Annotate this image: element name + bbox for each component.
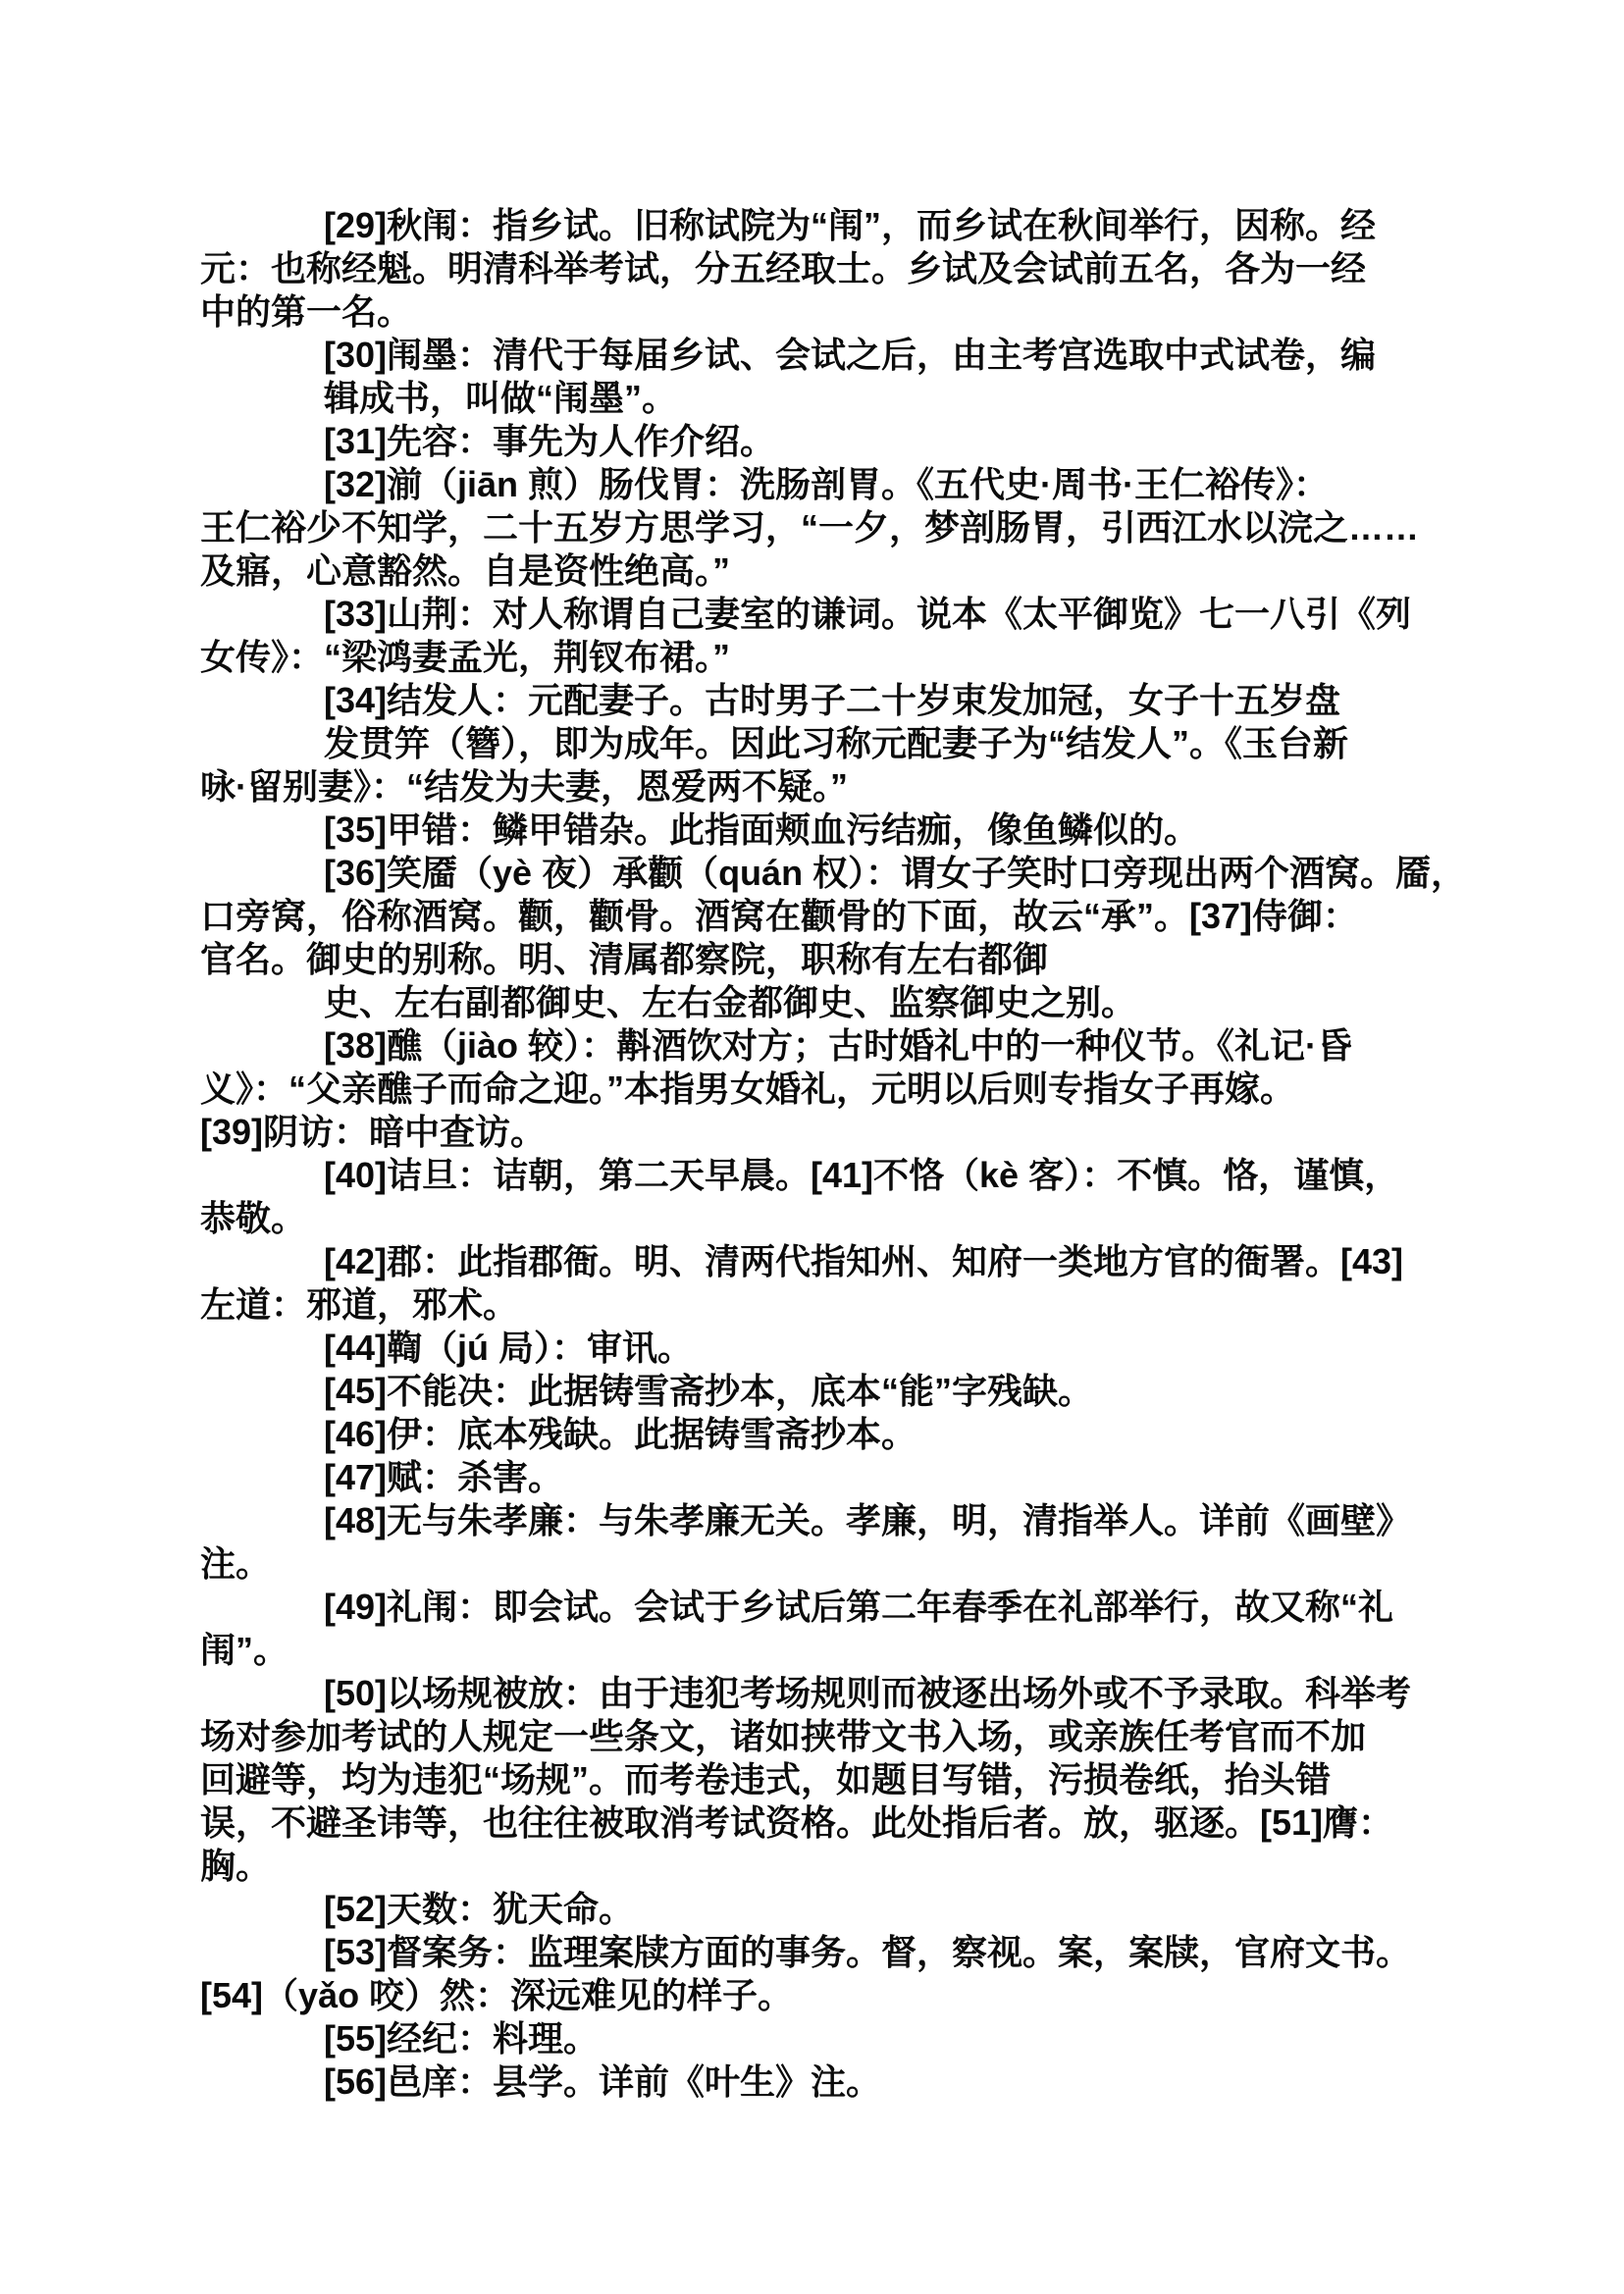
text-line: 胸。: [200, 1845, 1466, 1888]
text-line: 回避等，均为违犯“场规”。而考卷违式，如题目写错，污损卷纸，抬头错: [200, 1758, 1466, 1801]
text-line: [49]礼闱：即会试。会试于乡试后第二年春季在礼部举行，故又称“礼: [200, 1586, 1466, 1629]
text-line: [46]伊：底本残缺。此据铸雪斋抄本。: [200, 1413, 1466, 1456]
text-line: [54]（yǎo 咬）然：深远难见的样子。: [200, 1974, 1466, 2017]
text-line: [42]郡：此指郡衙。明、清两代指知州、知府一类地方官的衙署。[43]: [200, 1240, 1466, 1283]
text-line: [32]湔（jiān 煎）肠伐胃：洗肠剖胃。《五代史·周书·王仁裕传》：: [200, 463, 1466, 506]
text-line: [31]先容：事先为人作介绍。: [200, 420, 1466, 463]
text-line: 闱”。: [200, 1629, 1466, 1672]
text-line: [48]无与朱孝廉：与朱孝廉无关。孝廉，明，清指举人。详前《画壁》: [200, 1499, 1466, 1542]
text-line: [50]以场规被放：由于违犯考场规则而被逐出场外或不予录取。科举考: [200, 1672, 1466, 1715]
text-line: [56]邑庠：县学。详前《叶生》注。: [200, 2060, 1466, 2104]
annotations-text-column: [29]秋闱：指乡试。旧称试院为“闱”，而乡试在秋间举行，因称。经 元：也称经魁…: [200, 204, 1466, 2104]
document-page: [29]秋闱：指乡试。旧称试院为“闱”，而乡试在秋间举行，因称。经 元：也称经魁…: [0, 0, 1624, 2294]
text-line: [55]经纪：料理。: [200, 2017, 1466, 2060]
text-line: [36]笑靥（yè 夜）承颧（quán 权）：谓女子笑时口旁现出两个酒窝。靥，: [200, 852, 1466, 895]
text-line: 场对参加考试的人规定一些条文，诸如挟带文书入场，或亲族任考官而不加: [200, 1715, 1466, 1758]
text-line: 中的第一名。: [200, 290, 1466, 334]
text-line: 误，不避圣讳等，也往往被取消考试资格。此处指后者。放，驱逐。[51]膺：: [200, 1801, 1466, 1845]
text-line: 注。: [200, 1542, 1466, 1586]
text-line: 义》：“父亲醮子而命之迎。”本指男女婚礼，元明以后则专指女子再嫁。: [200, 1068, 1466, 1111]
text-line: [53]督案务：监理案牍方面的事务。督，察视。案，案牍，官府文书。: [200, 1931, 1466, 1974]
text-line: [40]诘旦：诘朝，第二天早晨。[41]不恪（kè 客）：不慎。恪，谨慎，: [200, 1154, 1466, 1197]
text-line: 史、左右副都御史、左右金都御史、监察御史之别。: [200, 981, 1466, 1024]
text-line: 口旁窝，俗称酒窝。颧，颧骨。酒窝在颧骨的下面，故云“承”。[37]侍御：: [200, 895, 1466, 938]
text-line: 辑成书，叫做“闱墨”。: [200, 377, 1466, 420]
text-line: 及寤，心意豁然。自是资性绝高。”: [200, 549, 1466, 593]
text-line: [45]不能决：此据铸雪斋抄本，底本“能”字残缺。: [200, 1370, 1466, 1413]
text-line: 元：也称经魁。明清科举考试，分五经取士。乡试及会试前五名，各为一经: [200, 247, 1466, 290]
text-line: 左道：邪道，邪术。: [200, 1283, 1466, 1327]
text-line: 女传》：“梁鸿妻孟光，荆钗布裙。”: [200, 636, 1466, 679]
text-line: [29]秋闱：指乡试。旧称试院为“闱”，而乡试在秋间举行，因称。经: [200, 204, 1466, 247]
text-line: 发贯笄（簪），即为成年。因此习称元配妻子为“结发人”。《玉台新: [200, 722, 1466, 765]
text-line: [52]天数：犹天命。: [200, 1888, 1466, 1931]
text-line: [47]赋：杀害。: [200, 1456, 1466, 1499]
text-line: [33]山荆：对人称谓自己妻室的谦词。说本《太平御览》七一八引《列: [200, 593, 1466, 636]
text-line: [35]甲错：鳞甲错杂。此指面颊血污结痂，像鱼鳞似的。: [200, 808, 1466, 852]
text-line: [44]鞫（jú 局）：审讯。: [200, 1327, 1466, 1370]
text-line: [30]闱墨：清代于每届乡试、会试之后，由主考宫选取中式试卷，编: [200, 334, 1466, 377]
text-line: [38]醮（jiào 较）：斠酒饮对方；古时婚礼中的一种仪节。《礼记·昏: [200, 1024, 1466, 1068]
text-line: 王仁裕少不知学，二十五岁方思学习，“一夕，梦剖肠胃，引西江水以浣之……: [200, 506, 1466, 549]
text-line: 恭敬。: [200, 1197, 1466, 1240]
text-line: [34]结发人：元配妻子。古时男子二十岁束发加冠，女子十五岁盘: [200, 679, 1466, 722]
text-line: 官名。御史的别称。明、清属都察院，职称有左右都御: [200, 938, 1466, 981]
text-line: [39]阴访：暗中查访。: [200, 1111, 1466, 1154]
text-line: 咏·留别妻》：“结发为夫妻，恩爱两不疑。”: [200, 765, 1466, 808]
